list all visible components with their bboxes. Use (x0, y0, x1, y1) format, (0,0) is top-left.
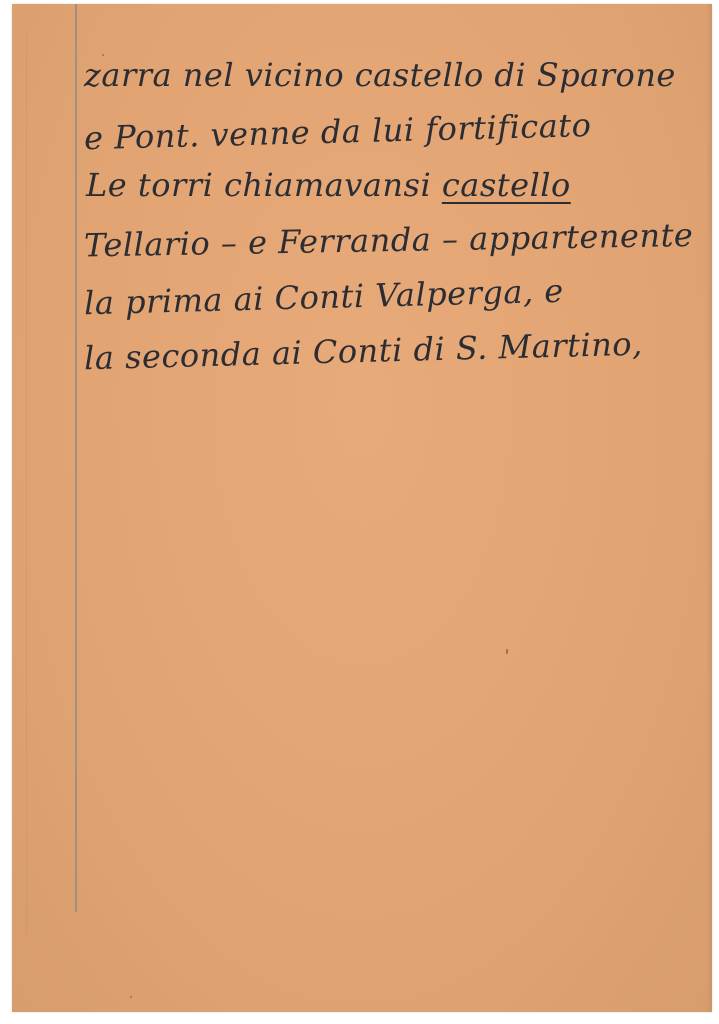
paper-speck (102, 54, 104, 56)
underlined-word-castello: castello (442, 166, 571, 204)
text-line-1: zarra nel vicino castello di Sparone (80, 48, 719, 103)
margin-rule-line (75, 4, 77, 912)
text-line-2: e Pont. venne da lui fortificato (79, 95, 719, 167)
paper-speck (130, 996, 132, 998)
handwritten-text-block: zarra nel vicino castello di Sparone e P… (80, 48, 719, 378)
paper-speck (506, 649, 508, 654)
text-line-3-start: Le torri chiamavansi (86, 166, 442, 204)
manuscript-page: zarra nel vicino castello di Sparone e P… (12, 4, 712, 1012)
text-line-3: Le torri chiamavansi castello (80, 158, 719, 213)
faint-fold-line (26, 34, 27, 934)
